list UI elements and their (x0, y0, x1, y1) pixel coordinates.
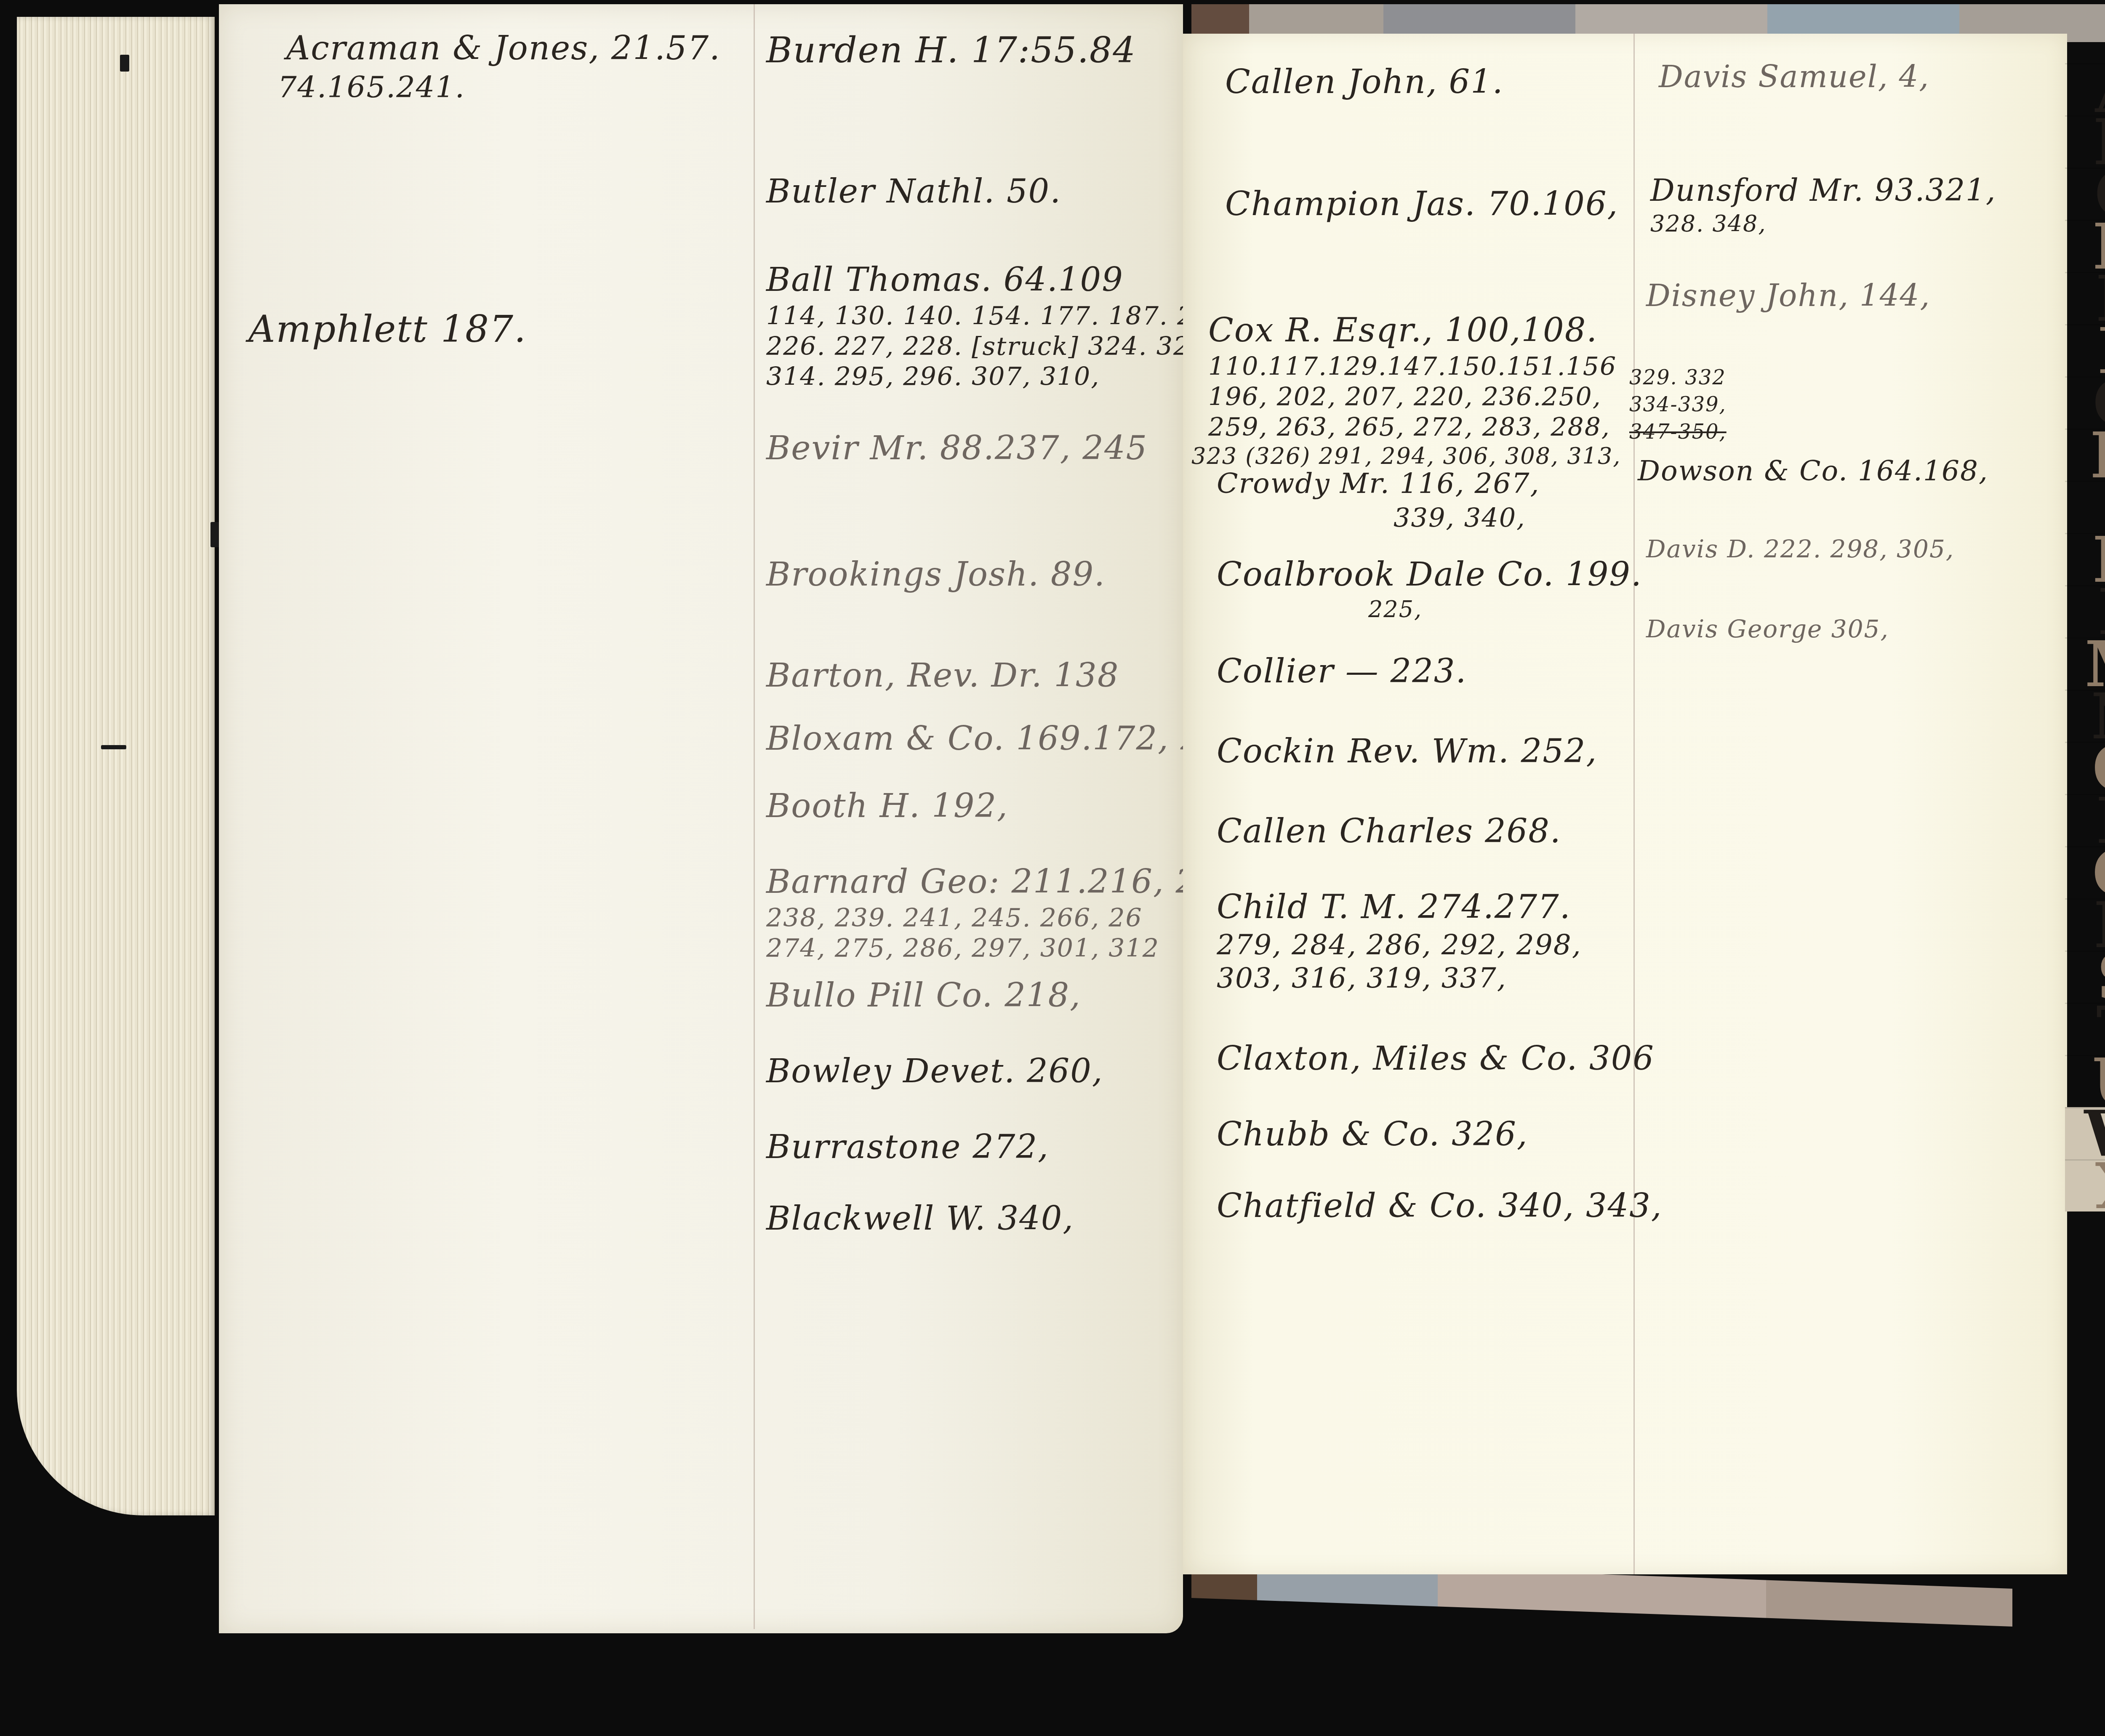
index-entry: Acraman & Jones, 21.57. 74.165.241. (286, 29, 721, 104)
index-entry: Bowley Devet. 260, (766, 1052, 1103, 1090)
index-entry: Burden H. 17:55.84 (766, 29, 1136, 71)
tab-h[interactable]: H (2065, 429, 2105, 481)
index-entry: Disney John, 144, (1646, 278, 1930, 313)
index-entry: Chatfield & Co. 340, 343, (1217, 1187, 1663, 1225)
index-entry: Collier — 223. (1217, 652, 1467, 690)
index-entry: Davis D. 222. 298, 305, (1646, 535, 1954, 563)
left-page: Acraman & Jones, 21.57. 74.165.241. Amph… (219, 4, 1183, 1633)
index-entry: Barton, Rev. Dr. 138 (766, 657, 1119, 695)
index-entry: Callen Charles 268. (1217, 812, 1561, 850)
index-entry: Blackwell W. 340, (766, 1200, 1074, 1238)
index-entry: Dunsford Mr. 93.321, 328. 348, (1650, 173, 1996, 237)
index-entry: Champion Jas. 70.106, (1225, 185, 1618, 223)
index-entry: Dowson & Co. 164.168, (1638, 455, 1988, 487)
tab-x[interactable]: X (2065, 1159, 2105, 1211)
page-edges (17, 17, 215, 1515)
index-entry: Claxton, Miles & Co. 306 (1217, 1040, 1655, 1078)
index-entry: Ball Thomas. 64.109 114, 130. 140. 154. … (766, 261, 1211, 391)
index-entry: Davis Samuel, 4, (1659, 59, 1929, 94)
index-entry: Callen John, 61. (1225, 63, 1504, 101)
bracketed-refs: 329. 332 334-339, 347-350, (1629, 362, 1727, 445)
index-entry: Butler Nathl. 50. (766, 173, 1061, 210)
index-entry: Bevir Mr. 88.237, 245 (766, 429, 1148, 467)
index-entry: Brookings Josh. 89. (766, 556, 1106, 594)
column-rule (1633, 34, 1635, 1574)
index-entry: Davis George 305, (1646, 615, 1889, 643)
index-entry: Chubb & Co. 326, (1217, 1116, 1528, 1153)
index-entry: Amphlett 187. (248, 307, 527, 351)
right-page: Callen John, 61. Champion Jas. 70.106, C… (1183, 34, 2067, 1574)
index-entry: Cockin Rev. Wm. 252, (1217, 732, 1597, 770)
open-index-ledger: Acraman & Jones, 21.57. 74.165.241. Amph… (0, 0, 2105, 1736)
index-entry: Child T. M. 274.277. 279, 284, 286, 292,… (1217, 888, 1582, 994)
index-entry: Crowdy Mr. 116, 267, 339, 340, (1217, 467, 1540, 533)
column-rule (754, 4, 755, 1629)
index-entry: Barnard Geo: 211.216, 2 238, 239. 241, 2… (766, 863, 1197, 963)
index-entry: Burrastone 272, (766, 1128, 1049, 1166)
index-entry: Coalbrook Dale Co. 199. 225, (1217, 556, 1642, 623)
index-entry: Bullo Pill Co. 218, (766, 977, 1081, 1014)
edge-ink-mark (101, 745, 126, 749)
edge-ink-mark (120, 55, 129, 72)
index-entry: Cox R. Esqr., 100,108. 110.117.129.147.1… (1208, 312, 1621, 469)
index-entry: Booth H. 192, (766, 787, 1008, 825)
